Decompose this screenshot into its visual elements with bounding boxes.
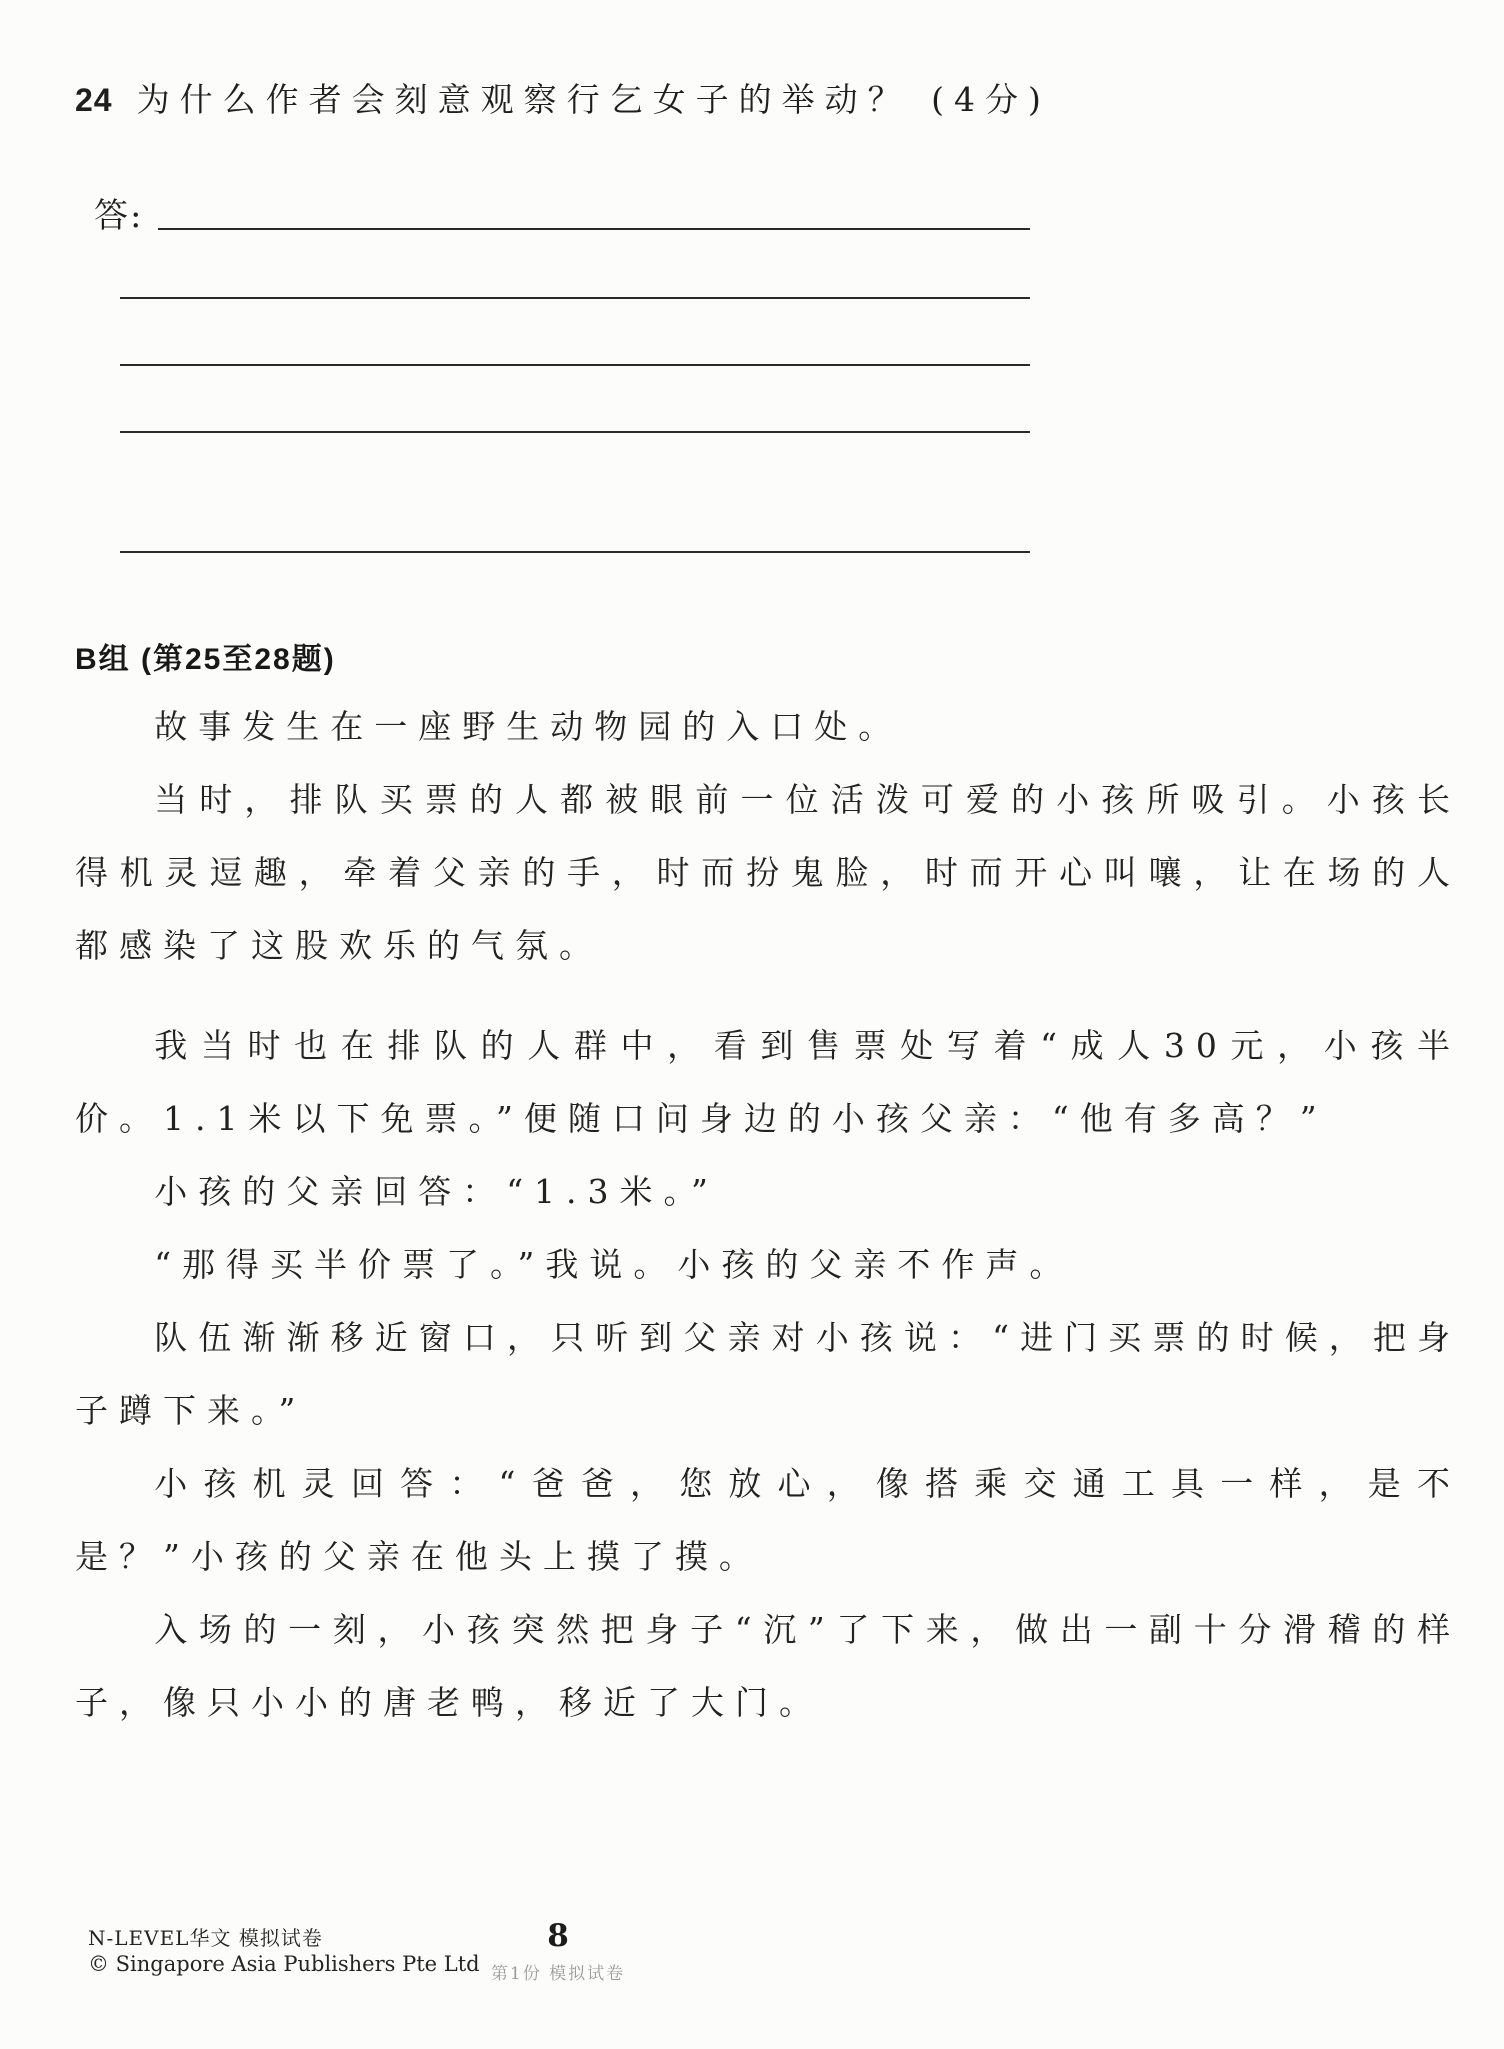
answer-line-3 xyxy=(120,364,1030,366)
footer-page-column: 8 第1份 模拟试卷 xyxy=(478,1918,638,1984)
passage-paragraph-5: “那得买半价票了。”我说。小孩的父亲不作声。 xyxy=(75,1228,1461,1301)
exam-paper-page: 24 为什么作者会刻意观察行乞女子的举动？ (4分) 答: B组 (第25至28… xyxy=(0,0,1504,2049)
section-b-heading: B组 (第25至28题) xyxy=(75,634,336,678)
answer-line-2 xyxy=(120,297,1030,299)
footer-series-title: N-LEVEL华文 模拟试卷 xyxy=(88,1922,323,1951)
passage-paragraph-3: 我当时也在排队的人群中，看到售票处写着“成人30元，小孩半价。1.1米以下免票。… xyxy=(75,1009,1461,1155)
passage-paragraph-8: 入场的一刻，小孩突然把身子“沉”了下来，做出一副十分滑稽的样子，像只小小的唐老鸭… xyxy=(75,1593,1461,1739)
passage-paragraph-6: 队伍渐渐移近窗口，只听到父亲对小孩说：“进门买票的时候，把身子蹲下来。” xyxy=(75,1301,1461,1447)
page-caption: 第1份 模拟试卷 xyxy=(478,1959,638,1984)
footer-copyright: © Singapore Asia Publishers Pte Ltd xyxy=(88,1952,480,1976)
passage-paragraph-4: 小孩的父亲回答：“1.3米。” xyxy=(75,1155,1461,1228)
passage-paragraph-2: 当时，排队买票的人都被眼前一位活泼可爱的小孩所吸引。小孩长得机灵逗趣，牵着父亲的… xyxy=(75,763,1461,982)
answer-line-1 xyxy=(158,228,1030,230)
passage-paragraph-7: 小孩机灵回答：“爸爸，您放心，像搭乘交通工具一样，是不是？”小孩的父亲在他头上摸… xyxy=(75,1447,1461,1593)
reading-passage: 故事发生在一座野生动物园的入口处。 当时，排队买票的人都被眼前一位活泼可爱的小孩… xyxy=(75,690,1461,1739)
passage-paragraph-1: 故事发生在一座野生动物园的入口处。 xyxy=(75,690,1461,763)
answer-label: 答: xyxy=(94,188,143,237)
answer-line-4 xyxy=(120,431,1030,433)
question-text: 为什么作者会刻意观察行乞女子的举动？ (4分) xyxy=(137,74,1051,121)
question-24: 24 为什么作者会刻意观察行乞女子的举动？ (4分) xyxy=(75,74,1455,121)
answer-line-5 xyxy=(120,551,1030,553)
question-number: 24 xyxy=(75,82,113,119)
page-number: 8 xyxy=(478,1918,638,1954)
